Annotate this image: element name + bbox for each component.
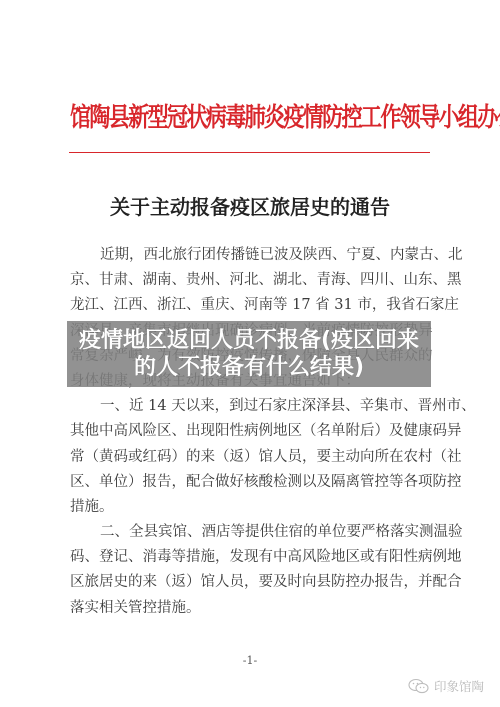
headline-line-1: 疫情地区返回人员不报备(疫区回来: [79, 327, 419, 354]
body-paragraph-line: 龙江、江西、浙江、重庆、河南等 17 省 31 市，我省石家庄: [70, 293, 432, 318]
body-paragraph-line: 区、单位）报告，配合做好核酸检测以及隔离管控等各项防控: [70, 470, 432, 495]
document-page: 馆陶县新型冠状病毒肺炎疫情防控工作领导小组办公室 关于主动报备疫区旅居史的通告 …: [0, 0, 500, 707]
body-paragraph-line: 一、近 14 天以来，到过石家庄深泽县、辛集市、晋州市、: [70, 394, 432, 419]
source-watermark: 印象馆陶: [408, 677, 484, 695]
body-paragraph-line: 措施。: [70, 495, 432, 520]
page-number: -1-: [0, 654, 500, 667]
document-title: 关于主动报备疫区旅居史的通告: [0, 194, 500, 220]
issuer-header: 馆陶县新型冠状病毒肺炎疫情防控工作领导小组办公室: [70, 96, 430, 139]
body-paragraph-line: 其他中高风险区、出现阳性病例地区（名单附后）及健康码异: [70, 419, 432, 444]
wechat-icon: [408, 678, 430, 694]
body-paragraph-line: 京、甘肃、湖南、贵州、河北、湖北、青海、四川、山东、黑: [70, 268, 432, 293]
body-paragraph-line: 常（黄码或红码）的来（返）馆人员，要主动向所在农村（社: [70, 445, 432, 470]
body-paragraph-line: 落实相关管控措施。: [70, 596, 432, 621]
header-divider: [69, 152, 430, 153]
body-paragraph-line: 区旅居史的来（返）馆人员，要及时向县防控办报告，并配合: [70, 570, 432, 595]
body-paragraph-line: 码、登记、消毒等措施，发现有中高风险地区或有阳性病例地: [70, 545, 432, 570]
headline-line-2: 的人不报备有什么结果): [134, 354, 364, 381]
watermark-label: 印象馆陶: [434, 677, 484, 695]
headline-overlay-banner: 疫情地区返回人员不报备(疫区回来 的人不报备有什么结果): [67, 321, 431, 387]
body-paragraph-line: 近期，西北旅行团传播链已波及陕西、宁夏、内蒙古、北: [70, 243, 432, 268]
body-paragraph-line: 二、全县宾馆、酒店等提供住宿的单位要严格落实测温验: [70, 520, 432, 545]
document-body: 近期，西北旅行团传播链已波及陕西、宁夏、内蒙古、北 京、甘肃、湖南、贵州、河北、…: [70, 243, 432, 621]
